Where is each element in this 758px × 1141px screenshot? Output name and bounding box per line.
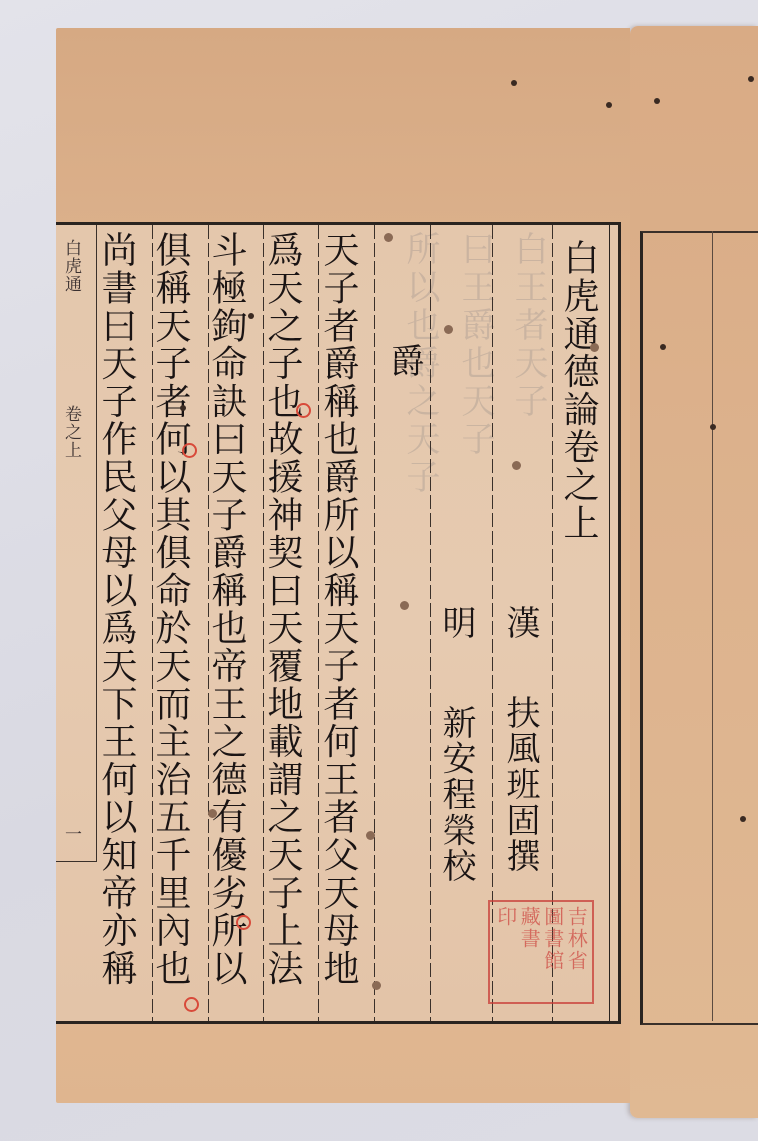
library-seal: 吉林省 圖書館 藏書 印 [488, 900, 594, 1004]
red-punctuation-mark [184, 997, 199, 1012]
editor-dynasty: 明 [434, 605, 478, 641]
wormhole [208, 809, 217, 818]
heart-short-title: 白虎通 [59, 239, 84, 293]
text-column-3: 斗極鉤命訣曰天子爵稱也帝王之德有優劣所以 [204, 231, 248, 987]
right-page-frame [640, 231, 758, 1025]
author-dynasty: 漢 [498, 605, 542, 641]
wormhole [710, 424, 716, 430]
column-rule [430, 225, 431, 1021]
right-page-edge [630, 26, 758, 1118]
heart-volume: 卷之上 [59, 405, 84, 459]
bleed-through-text: 白王者天子 [504, 231, 553, 421]
wormhole [740, 816, 746, 822]
seal-column: 印 [495, 906, 517, 998]
wormhole [512, 461, 521, 470]
block-inner-border [609, 225, 610, 1021]
seal-column: 圖書館 [542, 906, 564, 998]
wormhole [366, 831, 375, 840]
wormhole [606, 102, 612, 108]
text-column-4: 俱稱天子者何以其俱命於天而主治五千里內也 [148, 231, 192, 987]
right-page-column-rule [712, 231, 713, 1021]
book-title: 白虎通德論卷之上 [556, 239, 600, 541]
wormhole [748, 76, 754, 82]
wormhole [372, 981, 381, 990]
red-punctuation-mark [182, 443, 197, 458]
wormhole [444, 325, 453, 334]
seal-column: 吉林省 [565, 906, 587, 998]
wormhole [511, 80, 517, 86]
heart-page-number: 一 [59, 825, 84, 843]
seal-column: 藏書 [518, 906, 540, 998]
text-column-2: 爲天之子也故援神契曰天覆地載謂之天子上法 [260, 231, 304, 987]
text-column-1: 天子者爵稱也爵所以稱天子者何王者父天母地 [316, 231, 360, 987]
editor-name: 新安程榮校 [434, 705, 478, 884]
column-rule [374, 225, 375, 1021]
section-heading: 爵 [382, 343, 426, 379]
wormhole [654, 98, 660, 104]
wormhole [248, 313, 254, 319]
wormhole [400, 601, 409, 610]
book-heart: 白虎通 卷之上 一 [56, 225, 97, 862]
wormhole [180, 405, 186, 411]
wormhole [384, 233, 393, 242]
text-column-5: 尚書曰天子作民父母以爲天下王何以知帝亦稱 [94, 231, 138, 987]
wormhole [590, 343, 599, 352]
author-name: 扶風班固撰 [498, 695, 542, 874]
red-punctuation-mark [236, 915, 251, 930]
red-punctuation-mark [296, 403, 311, 418]
wormhole [660, 344, 666, 350]
